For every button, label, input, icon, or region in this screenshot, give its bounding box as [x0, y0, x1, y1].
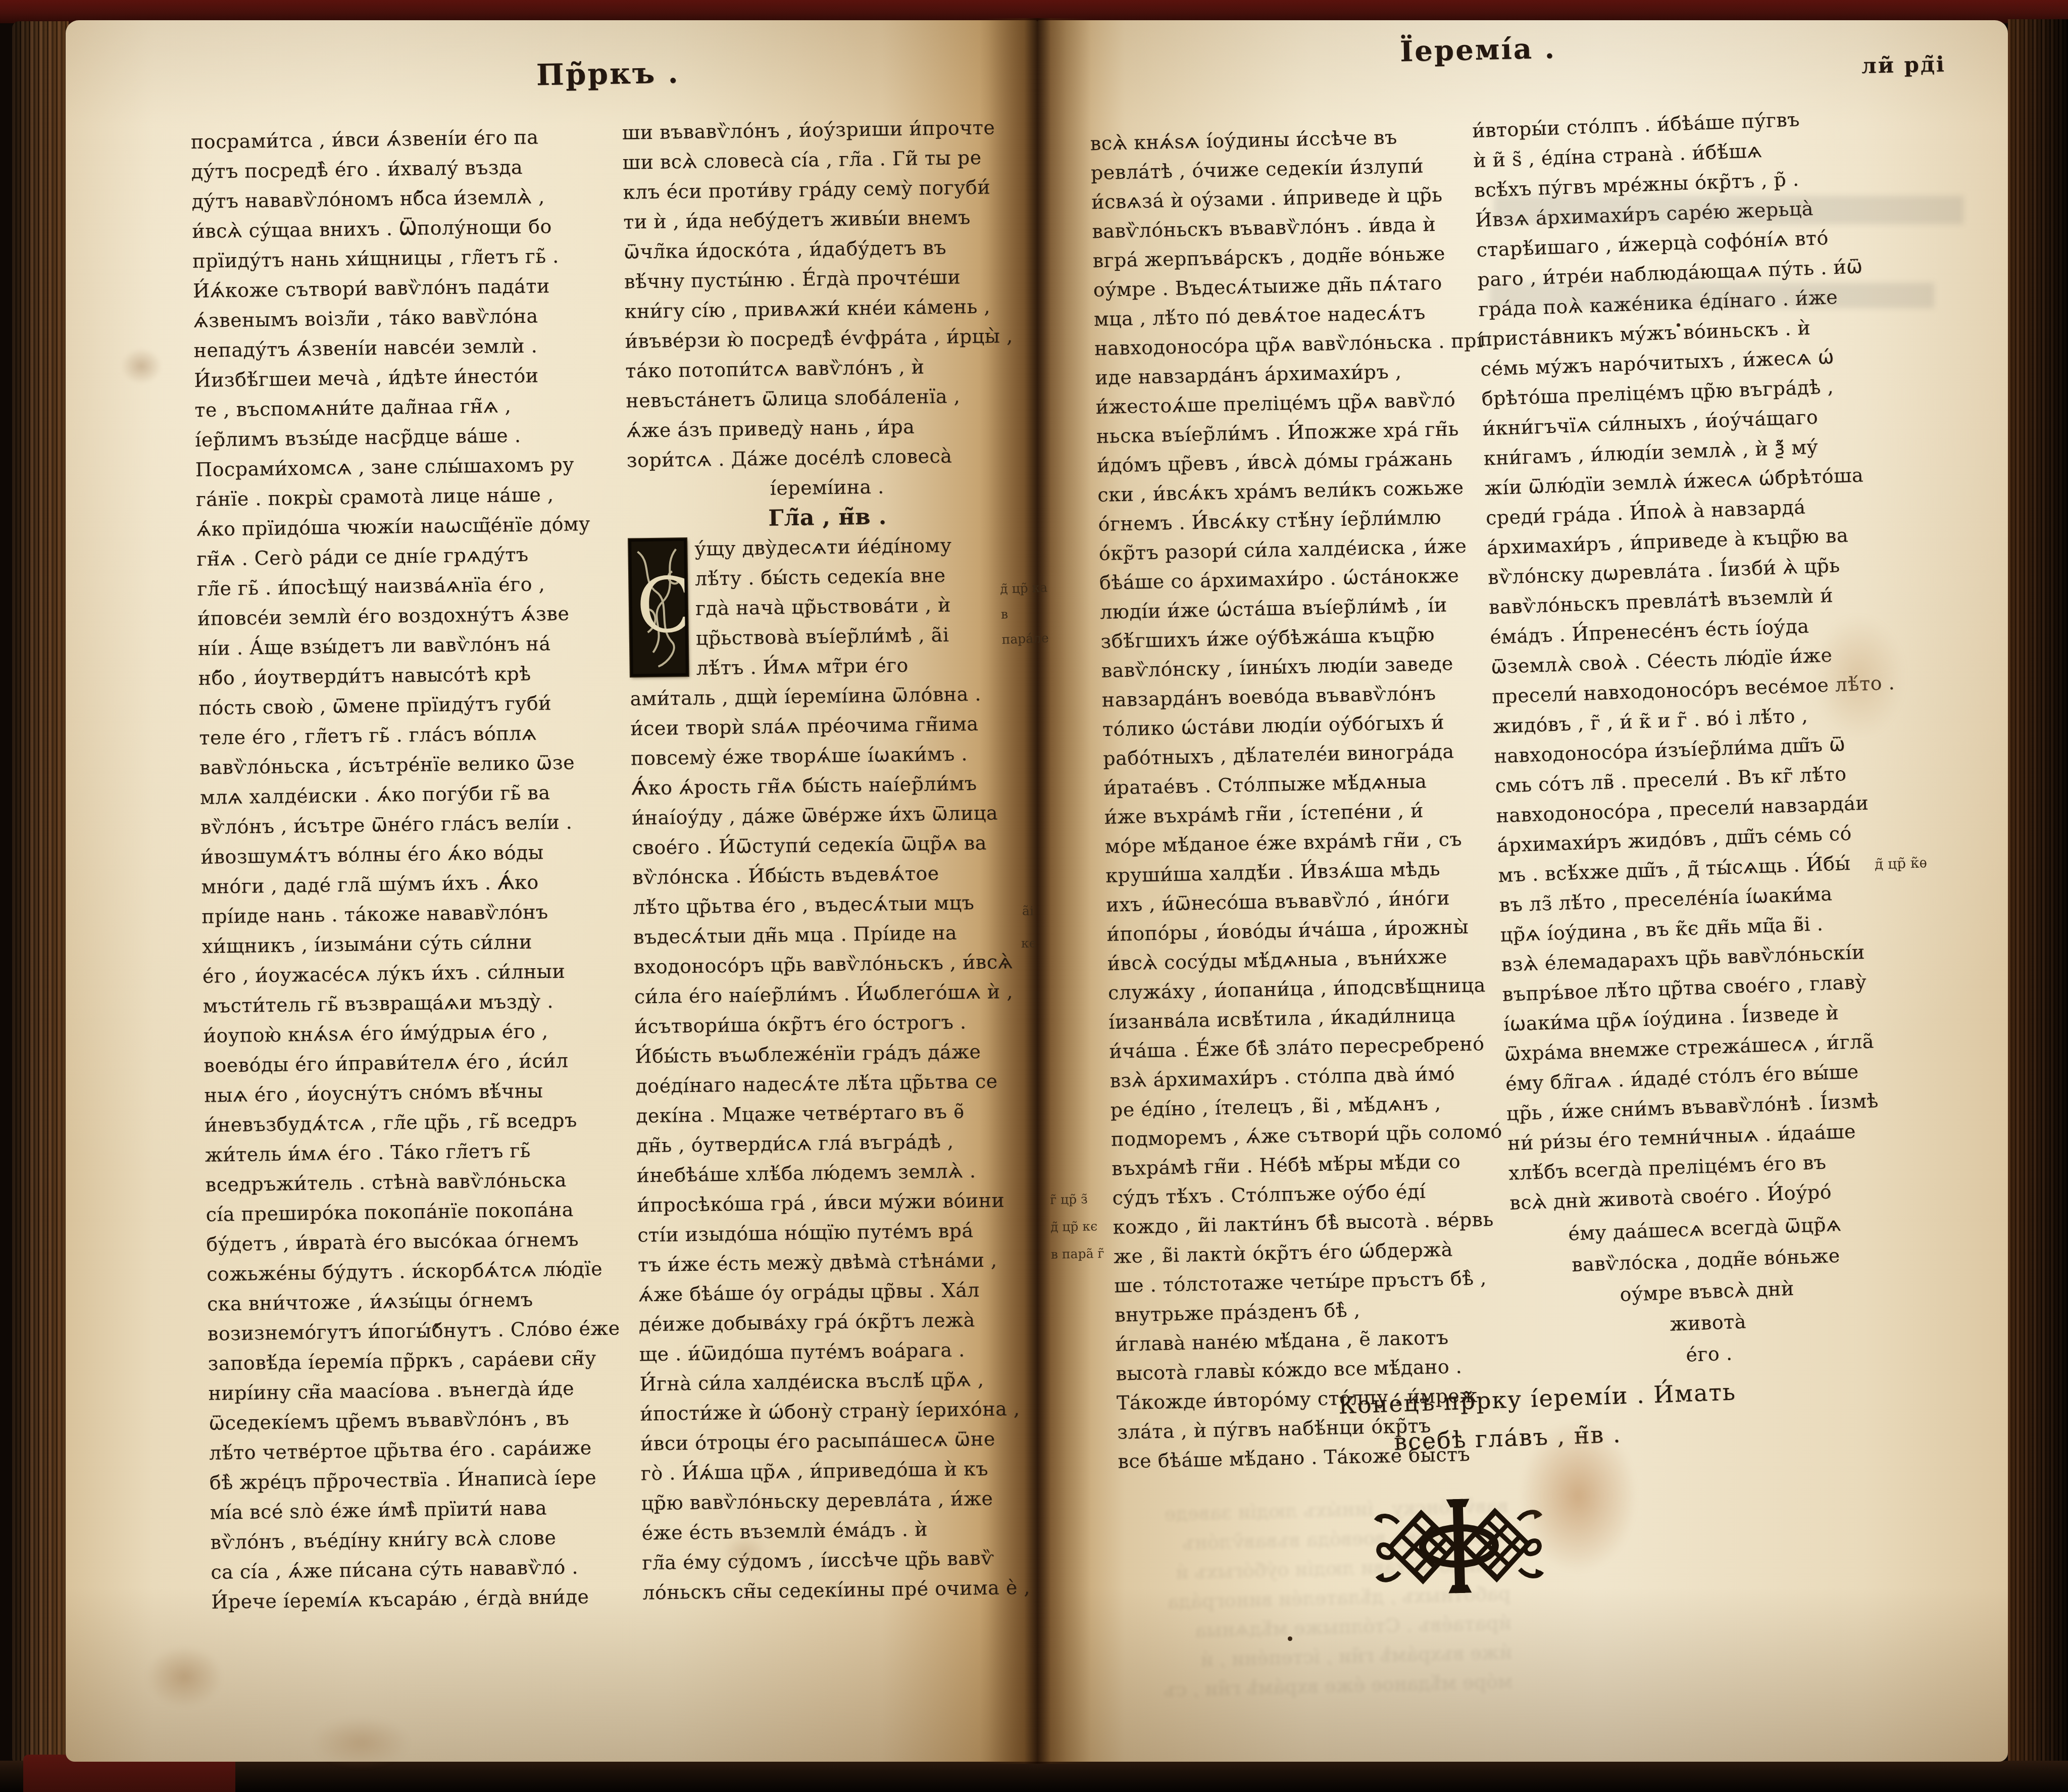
text-line: бѣ̀ жре́цъ пр̃рочествїа . И́написа̀ і́ер…	[210, 1462, 635, 1498]
text-line: входоносо́ръ цр̃ь вавѷло́ньскъ , и́всѧ̀	[634, 947, 1034, 982]
text-line: зори́тсѧ . Да́же досе́лѣ словеса̀	[627, 440, 1027, 476]
text-line: гл̃а е́му су́домъ , і́иссѣче цр̃ь вавѷ	[642, 1542, 1042, 1578]
show-through-text: вавѷло́нску , і́ины́хъ люді́и заведенавз…	[1159, 1491, 1513, 1705]
paper-speck	[434, 1323, 438, 1327]
text-line: цр̃ю вавѷло́ньску деревла́та , и́же	[641, 1483, 1041, 1518]
text-line: и́сътвори́ша о́кр̃тъ е́го о́строгъ .	[634, 1006, 1035, 1041]
text-line: И́бы́сть въѡблеже́нїи гра́дъ да́же	[635, 1036, 1035, 1071]
text-line: лѣ́то цр̃ьтва е́го , въдесѧ́тыи мцъ	[633, 887, 1033, 922]
text-line: повсему̀ е́же творѧ́ше і́ѡаки́мъ .	[631, 738, 1031, 773]
text-line: та́ко потопи́тсѧ вавѷло́нъ , ѝ	[625, 351, 1026, 386]
text-line: невъста́нетъ ѿлица ѕлоба́ленїа ,	[626, 381, 1026, 416]
text-line: ши въвавѷло́нъ , и́оу́зриши и́прочте	[622, 113, 1022, 148]
text-line: ши всѧ̀ словеса̀ сі́а , гл̃а . Ги̃ ты ре	[622, 142, 1023, 178]
text-line: и́небѣа́ше хлѣ́ба лю́демъ землѧ̀ .	[636, 1155, 1037, 1190]
margin-note-line: г̃ цр̃ з̃	[1050, 1185, 1103, 1214]
text-column-left-2: ши въвавѷло́нъ , и́оу́зриши и́прочтеши в…	[622, 113, 1042, 1608]
text-line: и́повсе́и землѝ е́го воздохну́тъ ѧ́зве	[197, 598, 623, 634]
text-line: дое́ді́наго надесѧ́те лѣ́та цр̃ьтва се	[635, 1066, 1036, 1101]
text-line: и́въве́рзи ю̀ посредѣ̀ е́ѵфра́та , и́рцы…	[625, 321, 1025, 357]
column-segment: ами́таль , дщѝ і́еремі́ина ѿло́вна .и́се…	[630, 679, 1042, 1608]
text-line: си́ла е́го наі́ер̃ли́мъ . И́ѡблего́шѧ ѝ …	[634, 976, 1034, 1012]
page-edge-stack-right	[2008, 19, 2068, 1767]
text-line: лѣ́тъ . И́мѧ мт̃ри е́го	[696, 649, 1030, 683]
text-line: Посрами́хомсѧ , зане слы́шахомъ ру	[195, 449, 621, 485]
chapter-heading: Гл̃а , н̃в .	[627, 500, 1028, 535]
text-line: клъ е́си проти́ву гра́ду сему̀ погуби́	[623, 172, 1023, 208]
text-line: ще . и́ѿидо́ша путе́мъ воа́рага .	[639, 1334, 1039, 1369]
text-line: и́сеи творѝ ѕла́ѧ пре́очима гн̃има	[630, 708, 1031, 743]
text-line: ѧ́же а́зъ приведу̀ нань , и́ра	[626, 411, 1027, 446]
column-segment: ши въвавѷло́нъ , и́оу́зриши и́прочтеши в…	[622, 113, 1027, 476]
margin-note-line: д̃ цр̃ ка	[999, 575, 1051, 602]
text-line: ти ѝ , и́да небу́детъ живы́и внемъ	[623, 202, 1024, 237]
margin-note: кє	[1021, 930, 1036, 957]
book-cover-bottom-edge	[0, 1761, 2068, 1792]
text-line: свое́го . И́ѿступи́ седекі́а ѿцр̃ѧ ва	[632, 827, 1032, 863]
text-line: ѿчл̃ка и́доско́та , и́дабу́детъ въ	[624, 232, 1024, 267]
folio-number: ли̃ рд̃і	[1861, 52, 1946, 78]
text-line: тъ и́же е́сть межу̀ двѣма̀ стѣна́ми ,	[638, 1245, 1038, 1280]
running-title-left: Пр̃ркъ .	[536, 56, 680, 92]
text-line: Ѧ́ко ѧ́рость гн̃ѧ бы́сть наі́ер̃ли́мъ	[631, 768, 1032, 803]
text-line: воево́ды е́го и́прави́телѧ е́го , и́си́л	[204, 1045, 629, 1081]
margin-note-line: в пара̃ г̃	[1050, 1240, 1104, 1268]
drop-cap-initial: С	[629, 538, 688, 677]
text-line: е́го , и́оужасе́сѧ лу́къ и́хъ . си́лныи	[203, 956, 628, 991]
text-line: ами́таль , дщѝ і́еремі́ина ѿло́вна .	[630, 679, 1030, 714]
text-line: И́рече і́еремі́ѧ късара́ю , е́гда̀ вни́д…	[211, 1581, 637, 1617]
margin-note: а̃і	[1022, 898, 1034, 924]
margin-note: д̃ цр̃ ка в пара́ле	[999, 575, 1052, 652]
text-line: декі́на . Мцаже четве́ртаго въ ѳ̃	[636, 1096, 1036, 1131]
drop-cap-letter: С	[636, 555, 682, 657]
margin-note-line: д̃ цр̃ кє	[1050, 1213, 1104, 1241]
text-line: и́пости́же ѝ ѡ́бону̀ страну̀ і́ерихо́на …	[640, 1393, 1040, 1429]
text-line: ло́ньскъ сн̃ы седекі́ины пре́ очима ѐ ,	[642, 1572, 1043, 1608]
text-line: у́щу дву̀десѧти и́е́ді́ному	[694, 530, 1028, 564]
paper-speck	[1677, 323, 1680, 327]
text-line: го̀ . И́ѧ́ша цр̃ѧ , и́приведо́ша ѝ къ	[641, 1453, 1041, 1488]
text-line: нирі́ину сн̃а маасі́ова . вънегда̀ и́де	[208, 1373, 634, 1409]
text-line: ѧ́ко прїидо́ша чюжі́и наѡсщ̃е́нїе до́му	[196, 509, 622, 544]
text-line: дн̃ь , о́утверди́сѧ гла́ въгра́дѣ ,	[636, 1125, 1036, 1161]
text-column-right-2: и́вторы́и сто́лпъ . и́бѣа́ше пу́гвъѝ и̃ …	[1472, 101, 1956, 1218]
paper-speck	[1288, 1636, 1292, 1641]
margin-note-line: в пара́ле	[1000, 600, 1052, 652]
text-line: и́наі́оу́ду , да́же ѿве́рже и́хъ ѿлица	[631, 798, 1032, 833]
text-line: гда̀ нача̀ цр̃ьствова́ти , ѝ	[695, 589, 1029, 624]
text-line: прїиду́тъ нань хи́щницы , гл̃етъ гь̃ .	[192, 240, 618, 276]
chapter-taper-block: е́му даа́шесѧ всегда̀ ѿцр̃ѧвавѷло́ска , …	[1507, 1206, 1906, 1376]
text-line: вѣ́чну пусты́ню . Е́гда̀ прочте́ши	[624, 262, 1025, 297]
text-line: де́иже добыва́ху гра́ о́кр̃тъ лежа̀	[638, 1304, 1039, 1339]
margin-note-stack: г̃ цр̃ з̃ д̃ цр̃ кє в пара̃ г̃	[1050, 1185, 1104, 1268]
text-line: И́гна̀ си́ла халде́иска въслѣ́ цр̃ѧ ,	[639, 1364, 1040, 1399]
text-line: лѣ́ту . бы́сть седекі́а вне	[695, 560, 1029, 594]
text-line: въдесѧ́тыи дн̃ь мца . Прі́иде на	[633, 917, 1034, 952]
text-line: цр̃ьствова̀ въі́ер̃ли́мѣ , а̃і	[695, 619, 1029, 654]
running-title-right: Їеремі́а .	[1399, 32, 1556, 68]
book-photo: Пр̃ркъ . посрами́тса , и́вси ѧ́звені́и е…	[0, 0, 2068, 1792]
text-line: сожьже́ны бу́дутъ . и́скорбѧ́тсѧ лю́дїе	[207, 1254, 632, 1289]
text-line: е́же е́сть въземлѝ е́ма́дъ . ѝ	[641, 1513, 1042, 1548]
text-column-left-1: посрами́тса , и́вси ѧ́звені́и е́го паду́…	[190, 121, 636, 1617]
text-line: и́просѣко́ша гра́ , и́вси му́жи во́ини	[637, 1185, 1037, 1220]
text-line: вѷло́нъ , и́сътре ѿне́го гла́съ велі́и .	[200, 807, 626, 842]
text-line: вавѷло́ньска , и́сътре́нїе велико ѿзе	[199, 747, 625, 783]
chapter-ending: і́еремі́ина .	[627, 470, 1027, 506]
page-edge-stack-left	[12, 21, 69, 1765]
text-line: и́невъзбудѧ́тсѧ , гл̃е цр̃ь , гь̃ вседръ	[205, 1105, 630, 1140]
margin-note: д̃ цр̃ к̃ѳ	[1874, 850, 1928, 878]
text-line: вѷло́нска . И́бы́сть въдевѧ́тое	[632, 857, 1033, 892]
text-line: кни́гу сі́ю , привѧжи́ кне́и ка́мень ,	[624, 291, 1025, 327]
text-line: и́вси о́троцы е́го расыпа́шесѧ ѿне	[640, 1423, 1041, 1459]
text-line: ѧ́же бѣа́ше о́у огра́ды цр̃вы . Ха́л	[638, 1274, 1039, 1310]
text-line: сті́и изыдо́ша но́щїю путе́мъ вра́	[637, 1215, 1038, 1250]
